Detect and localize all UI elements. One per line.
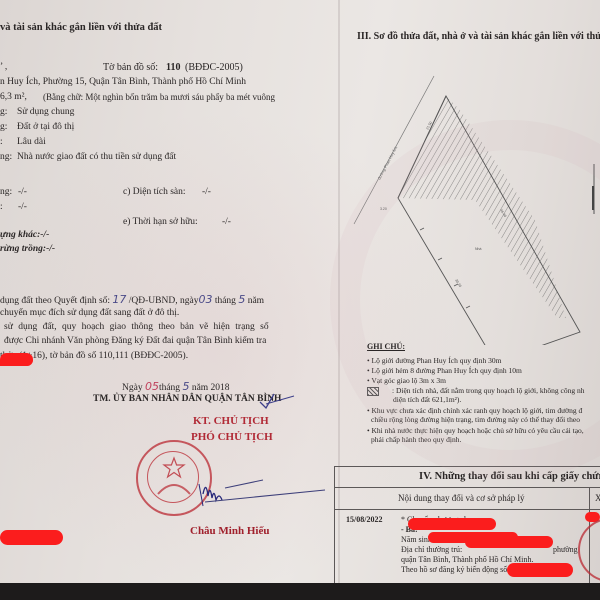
redaction-block bbox=[0, 530, 63, 545]
note-line1-prefix: dụng đất theo Quyết định số: bbox=[0, 296, 110, 306]
section-3-title: III. Sơ đồ thửa đất, nhà ở và tài sản kh… bbox=[357, 31, 600, 42]
legend-item-text: Vạt góc giao lộ 3m x 3m bbox=[371, 376, 446, 385]
sign-date-prefix: Ngày bbox=[122, 383, 143, 393]
house-row1-label: ng: bbox=[0, 187, 12, 198]
changes-table-title-row: IV. Những thay đổi sau khi cấp giấy chứn… bbox=[335, 467, 600, 488]
star-emblem-icon bbox=[162, 456, 186, 480]
note-line1-month-label: tháng bbox=[215, 296, 236, 306]
col-header-confirm: Xá bbox=[595, 493, 600, 504]
map-sheet-label: Tờ bản đồ số: bbox=[103, 62, 158, 73]
legend-item-text: Lộ giới hẻm 8 đường Phan Huy Ích quy địn… bbox=[372, 366, 522, 375]
svg-text:3.20: 3.20 bbox=[380, 207, 387, 211]
parcel-diagram: đường Phan Huy Ích 21.50 46.40 30.20 Nhà… bbox=[350, 70, 600, 345]
address: n Huy Ích, Phường 15, Quận Tân Bình, Thà… bbox=[0, 77, 246, 88]
bullet-note-text: chiều rộng lòng đường hiện trạng, tim đư… bbox=[371, 414, 580, 425]
signing-authority: TM. ỦY BAN NHÂN DÂN QUẬN TÂN BÌNH bbox=[93, 394, 281, 405]
bullet-note: • Khi nhà nước thực hiện quy hoạch hoặc … bbox=[367, 425, 584, 436]
term-label: : bbox=[0, 137, 3, 148]
legend-item: • Lộ giới đường Phan Huy Ích quy định 30… bbox=[367, 355, 501, 366]
legend-title: GHI CHÚ: bbox=[367, 341, 405, 352]
usage-form-label: g: bbox=[0, 107, 7, 118]
section-4-title: IV. Những thay đổi sau khi cấp giấy chứn… bbox=[419, 471, 600, 482]
ownership-term-label: e) Thời hạn sở hữu: bbox=[123, 217, 198, 228]
fragment-comma: ’ , bbox=[0, 62, 7, 73]
decision-day-handwritten: 03 bbox=[198, 293, 212, 306]
legend-item: • Lộ giới hẻm 8 đường Phan Huy Ích quy đ… bbox=[367, 365, 522, 376]
other-construction: ựng khác:-/- bbox=[0, 230, 49, 241]
usage-form-value: Sử dụng chung bbox=[17, 107, 74, 118]
bullet-note-text: Khi nhà nước thực hiện quy hoạch hoặc ch… bbox=[372, 426, 584, 435]
origin-value: Nhà nước giao đất có thu tiền sử dụng đấ… bbox=[17, 152, 176, 163]
hatch-note-line1: : Diện tích nhà, đất nằm trong quy hoạch… bbox=[392, 385, 584, 396]
term-value: Lâu dài bbox=[17, 137, 46, 148]
hatch-note-line2: diện tích đất 621,1m²). bbox=[393, 394, 461, 405]
redaction-block bbox=[0, 360, 33, 366]
sign-date: Ngày 05tháng 5 năm 2018 bbox=[122, 381, 230, 394]
area-value: 6,3 m², bbox=[0, 92, 27, 103]
purpose-label: g: bbox=[0, 122, 7, 133]
floor-area-value: -/- bbox=[202, 187, 211, 198]
map-sheet-code: (BĐĐC-2005) bbox=[185, 62, 243, 73]
house-row2-value: -/- bbox=[18, 202, 27, 213]
redaction-block bbox=[465, 536, 553, 548]
redaction-block bbox=[507, 563, 573, 577]
role-kt-chairman: KT. CHỦ TỊCH bbox=[193, 416, 269, 427]
planted-forest: rừng trồng:-/- bbox=[0, 244, 55, 255]
note-line1-suffix: năm bbox=[248, 296, 264, 306]
role-vice-chairman: PHÓ CHỦ TỊCH bbox=[191, 432, 273, 443]
house-row2-label: : bbox=[0, 202, 3, 213]
decision-month-handwritten: 5 bbox=[238, 293, 245, 306]
hatch-swatch-icon bbox=[367, 387, 379, 396]
area-words: (Bằng chữ: Một nghìn bốn trăm ba mươi sá… bbox=[43, 92, 275, 103]
redaction-block bbox=[408, 518, 496, 530]
purpose-value: Đất ở tại đô thị bbox=[17, 122, 74, 133]
signature-scribble bbox=[195, 476, 335, 512]
left-header: và tài sản khác gắn liền với thửa đất bbox=[0, 22, 162, 33]
origin-label: ng: bbox=[0, 152, 12, 163]
ownership-term-value: -/- bbox=[222, 217, 231, 228]
house-row1-value: -/- bbox=[18, 187, 27, 198]
map-sheet-number: 110 bbox=[166, 62, 180, 73]
entry-date: 15/08/2022 bbox=[346, 514, 382, 525]
entry-ward-fragment: phường bbox=[553, 544, 578, 555]
note-line3: sử dụng đất, quy hoạch giao thông theo b… bbox=[4, 322, 269, 333]
svg-text:Nhà: Nhà bbox=[475, 247, 481, 251]
sign-month-handwritten: 5 bbox=[182, 380, 189, 393]
note-line1-mid: /QĐ-UBND, ngày bbox=[129, 296, 199, 306]
svg-text:46.40: 46.40 bbox=[499, 208, 507, 218]
changes-table-header-row: Nội dung thay đổi và cơ sở pháp lý Xá bbox=[335, 487, 600, 510]
floor-area-label: c) Diện tích sàn: bbox=[123, 187, 186, 198]
decision-number-handwritten: 17 bbox=[112, 293, 126, 306]
background-surface bbox=[0, 583, 600, 600]
note-line1: dụng đất theo Quyết định số: 17 /QĐ-UBND… bbox=[0, 294, 264, 307]
entry-line: Theo hồ sơ đăng ký biến động số bbox=[401, 564, 507, 575]
land-certificate-document: và tài sản khác gắn liền với thửa đất ’ … bbox=[0, 0, 600, 583]
gear-emblem-icon bbox=[156, 478, 192, 496]
col-header-content: Nội dung thay đổi và cơ sở pháp lý bbox=[398, 493, 525, 504]
note-line4: được Chi nhánh Văn phòng Đăng ký Đất đai… bbox=[4, 336, 266, 347]
legend-item-text: Lộ giới đường Phan Huy Ích quy định 30m bbox=[372, 356, 502, 365]
legend-item: • Vạt góc giao lộ 3m x 3m bbox=[367, 375, 446, 386]
check-mark-icon bbox=[258, 390, 298, 414]
sign-month-label: tháng bbox=[159, 383, 180, 393]
svg-text:đường Phan Huy Ích: đường Phan Huy Ích bbox=[376, 145, 398, 180]
sign-year: năm 2018 bbox=[192, 383, 230, 393]
sign-day-handwritten: 05 bbox=[145, 380, 159, 393]
bullet-note: • Khu vực chưa xác định chính xác ranh q… bbox=[367, 405, 582, 416]
note-line2: chuyển mục đích sử dụng đất sang đất ở đ… bbox=[0, 308, 179, 319]
north-arrow-icon bbox=[590, 164, 598, 214]
signer-name: Châu Minh Hiếu bbox=[190, 526, 269, 537]
svg-text:30.20: 30.20 bbox=[454, 278, 462, 288]
bullet-note-text: phải chấp hành theo quy định. bbox=[371, 434, 461, 445]
bullet-note-text: Khu vực chưa xác định chính xác ranh quy… bbox=[372, 406, 583, 415]
